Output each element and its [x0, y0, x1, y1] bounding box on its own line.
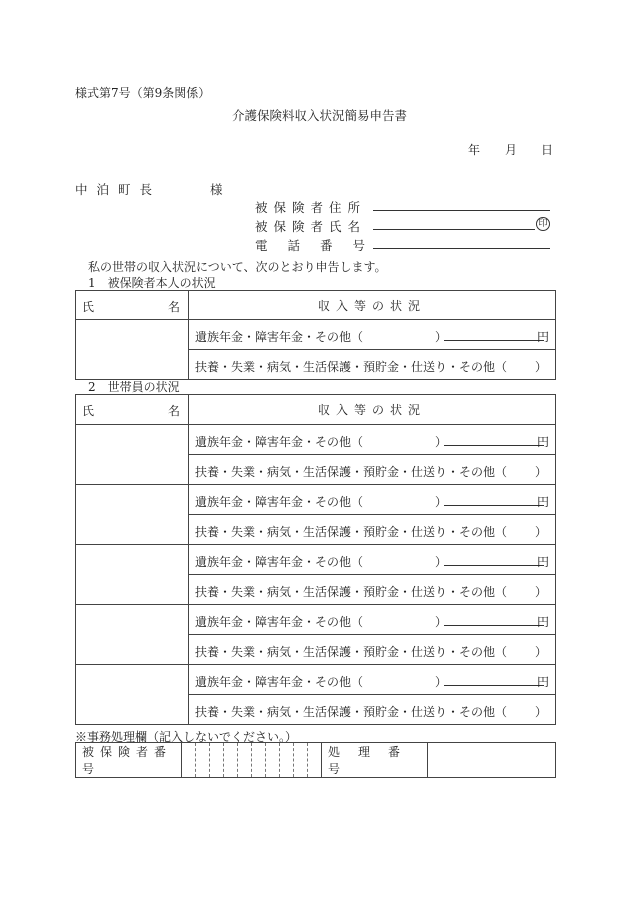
digit-cell[interactable]	[238, 743, 252, 777]
other-income-row: 扶養・失業・病気・生活保護・預貯金・仕送り・その他（ ）	[189, 695, 556, 725]
pension-close-paren: ）	[435, 613, 447, 630]
pension-row: 遺族年金・障害年金・その他（ ） 円	[189, 485, 556, 515]
pension-label: 遺族年金・障害年金・その他（	[195, 673, 363, 690]
other-income-close-paren: ）	[535, 358, 547, 375]
digit-cell[interactable]	[280, 743, 294, 777]
self-name-cell[interactable]	[76, 320, 189, 380]
digit-cell[interactable]	[210, 743, 224, 777]
member-name-cell[interactable]	[76, 665, 189, 725]
other-income-close-paren: ）	[535, 643, 547, 660]
other-income-row: 扶養・失業・病気・生活保護・預貯金・仕送り・その他（ ）	[189, 515, 556, 545]
income-column-header: 収入等の状況	[189, 395, 556, 425]
other-income-row: 扶養・失業・病気・生活保護・預貯金・仕送り・その他（ ）	[189, 455, 556, 485]
member-name-cell[interactable]	[76, 485, 189, 545]
insured-number-label: 被保険者番号	[76, 743, 182, 778]
section2-heading: 2 世帯員の状況	[88, 378, 180, 395]
pension-close-paren: ）	[435, 493, 447, 510]
insured-number-field[interactable]	[182, 743, 322, 778]
yen-label: 円	[537, 328, 549, 345]
member-name-cell[interactable]	[76, 425, 189, 485]
pension-row: 遺族年金・障害年金・その他（ ） 円	[189, 545, 556, 575]
name-column-header: 氏 名	[76, 291, 189, 320]
member-name-cell[interactable]	[76, 605, 189, 665]
member-name-cell[interactable]	[76, 545, 189, 605]
phone-label: 電話番号	[255, 236, 385, 254]
processing-number-field[interactable]	[428, 743, 556, 778]
other-income-close-paren: ）	[535, 463, 547, 480]
amount-field[interactable]	[444, 505, 544, 506]
name-header-right: 名	[168, 402, 180, 419]
pension-close-paren: ）	[435, 553, 447, 570]
other-income-row: 扶養・失業・病気・生活保護・預貯金・仕送り・その他（ ）	[189, 350, 556, 380]
pension-close-paren: ）	[435, 673, 447, 690]
addressee-name: 中泊町長	[75, 180, 161, 198]
yen-label: 円	[537, 673, 549, 690]
other-income-label: 扶養・失業・病気・生活保護・預貯金・仕送り・その他（	[195, 358, 507, 375]
seal-icon: 印	[536, 217, 550, 231]
date-year-label: 年	[468, 141, 480, 158]
pension-close-paren: ）	[435, 328, 447, 345]
insured-name-label: 被保険者氏名	[255, 217, 366, 235]
income-column-header: 収入等の状況	[189, 291, 556, 320]
pension-close-paren: ）	[435, 433, 447, 450]
section2-table: 氏 名 収入等の状況 遺族年金・障害年金・その他（ ） 円 扶養・失業・病気・生…	[75, 394, 556, 725]
office-use-table: 被保険者番号 処理番号	[75, 742, 556, 778]
pension-row: 遺族年金・障害年金・その他（ ） 円	[189, 425, 556, 455]
pension-row: 遺族年金・障害年金・その他（ ） 円	[189, 605, 556, 635]
other-income-label: 扶養・失業・病気・生活保護・預貯金・仕送り・その他（	[195, 583, 507, 600]
digit-cell[interactable]	[182, 743, 196, 777]
digit-cell[interactable]	[266, 743, 280, 777]
pension-row: 遺族年金・障害年金・その他（ ） 円	[189, 665, 556, 695]
address-label: 被保険者住所	[255, 198, 366, 216]
digit-cell[interactable]	[294, 743, 308, 777]
other-income-row: 扶養・失業・病気・生活保護・預貯金・仕送り・その他（ ）	[189, 575, 556, 605]
phone-field[interactable]	[373, 248, 550, 249]
other-income-label: 扶養・失業・病気・生活保護・預貯金・仕送り・その他（	[195, 523, 507, 540]
name-header-left: 氏	[82, 298, 94, 315]
amount-field[interactable]	[444, 445, 544, 446]
digit-cell[interactable]	[252, 743, 266, 777]
pension-label: 遺族年金・障害年金・その他（	[195, 553, 363, 570]
date-day-label: 日	[541, 141, 553, 158]
other-income-label: 扶養・失業・病気・生活保護・預貯金・仕送り・その他（	[195, 703, 507, 720]
amount-field[interactable]	[444, 685, 544, 686]
amount-field[interactable]	[444, 340, 544, 341]
pension-row: 遺族年金・障害年金・その他（ ） 円	[189, 320, 556, 350]
yen-label: 円	[537, 433, 549, 450]
other-income-label: 扶養・失業・病気・生活保護・預貯金・仕送り・その他（	[195, 643, 507, 660]
yen-label: 円	[537, 493, 549, 510]
form-number: 様式第7号（第9条関係）	[75, 84, 210, 101]
pension-label: 遺族年金・障害年金・その他（	[195, 433, 363, 450]
name-header-right: 名	[168, 298, 180, 315]
amount-field[interactable]	[444, 625, 544, 626]
pension-label: 遺族年金・障害年金・その他（	[195, 328, 363, 345]
date-month-label: 月	[505, 141, 517, 158]
other-income-close-paren: ）	[535, 703, 547, 720]
name-header-left: 氏	[82, 402, 94, 419]
yen-label: 円	[537, 553, 549, 570]
section1-heading: 1 被保険者本人の状況	[88, 274, 216, 291]
digit-cell[interactable]	[196, 743, 210, 777]
other-income-row: 扶養・失業・病気・生活保護・預貯金・仕送り・その他（ ）	[189, 635, 556, 665]
addressee-honorific: 様	[210, 180, 223, 198]
yen-label: 円	[537, 613, 549, 630]
insured-name-field[interactable]	[373, 229, 535, 230]
intro-text: 私の世帯の収入状況について、次のとおり申告します。	[88, 258, 387, 275]
name-column-header: 氏 名	[76, 395, 189, 425]
processing-number-label: 処理番号	[322, 743, 428, 778]
amount-field[interactable]	[444, 565, 544, 566]
document-title: 介護保険料収入状況簡易申告書	[232, 106, 407, 124]
other-income-label: 扶養・失業・病気・生活保護・預貯金・仕送り・その他（	[195, 463, 507, 480]
address-field[interactable]	[373, 210, 550, 211]
digit-cell[interactable]	[224, 743, 238, 777]
digit-cell[interactable]	[308, 743, 321, 777]
section1-table: 氏 名 収入等の状況 遺族年金・障害年金・その他（ ） 円 扶養・失業・病気・生…	[75, 290, 556, 380]
pension-label: 遺族年金・障害年金・その他（	[195, 613, 363, 630]
other-income-close-paren: ）	[535, 523, 547, 540]
other-income-close-paren: ）	[535, 583, 547, 600]
pension-label: 遺族年金・障害年金・その他（	[195, 493, 363, 510]
